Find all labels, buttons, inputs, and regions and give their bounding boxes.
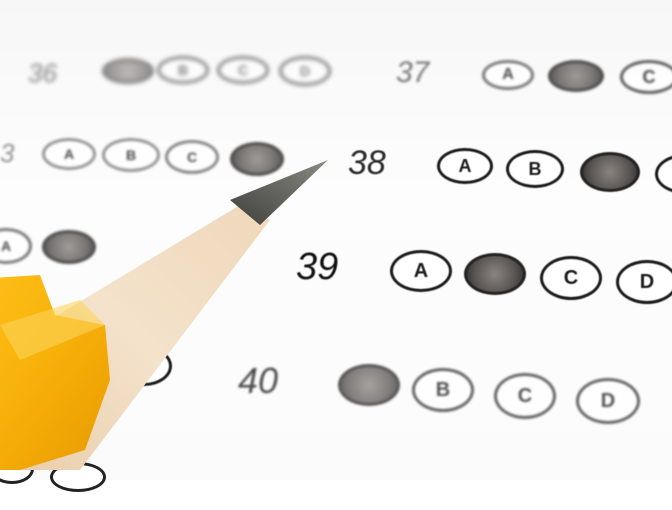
bubble-d: D bbox=[576, 378, 640, 424]
bubble-b: B bbox=[506, 150, 564, 188]
bubble-a: A bbox=[390, 250, 452, 292]
bubble-a: A bbox=[437, 148, 493, 184]
answer-sheet-photo: 36 B C D 37 A C 3 A B C 38 A B D bbox=[0, 0, 672, 510]
bubble-d: D bbox=[655, 154, 672, 194]
bubble-c: C bbox=[540, 256, 602, 300]
bubble-c: C bbox=[217, 56, 269, 84]
question-number: 37 bbox=[396, 56, 429, 90]
bubble-b-filled bbox=[464, 253, 526, 295]
pencil-icon bbox=[0, 150, 380, 470]
bubble-a-filled bbox=[102, 58, 154, 84]
bubble-b-filled bbox=[548, 60, 604, 92]
bubble-c: C bbox=[494, 373, 556, 419]
bubble-b: B bbox=[412, 368, 474, 412]
bubble-b: B bbox=[157, 56, 209, 84]
bubble-c-filled bbox=[580, 152, 640, 192]
bubble-a: A bbox=[482, 60, 534, 90]
question-number: 36 bbox=[28, 58, 57, 89]
bubble-c: C bbox=[620, 60, 672, 94]
bubble-d: D bbox=[279, 56, 331, 86]
bubble-d: D bbox=[616, 260, 672, 304]
